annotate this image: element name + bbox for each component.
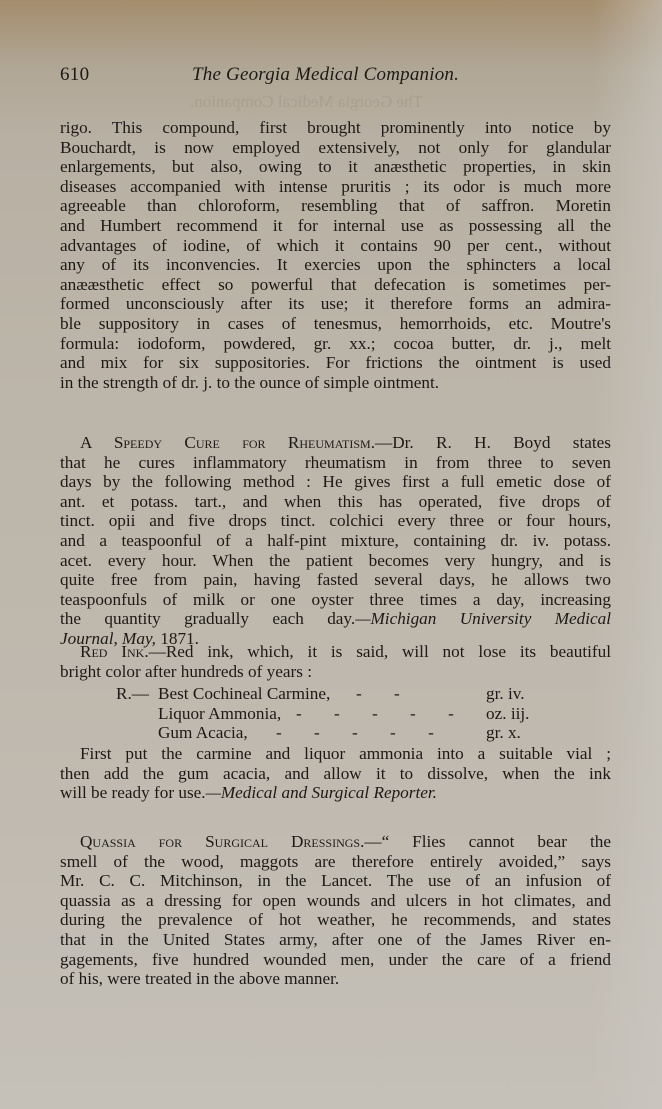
text-line: during the prevalence of hot weather, he…	[60, 910, 611, 930]
text-line: gagements, five hundred wounded men, und…	[60, 950, 611, 970]
recipe-list: R.— Best Cochineal Carmine, - - gr. iv. …	[60, 684, 611, 743]
paragraph-iodoform: rigo. This compound, first brought promi…	[60, 118, 611, 392]
page-number: 610	[60, 64, 89, 86]
recipe-ingredient: Best Cochineal Carmine,	[158, 684, 330, 704]
section-heading-red-ink: Red Ink.	[80, 642, 149, 661]
running-title: The Georgia Medical Companion.	[192, 64, 459, 86]
text-line: ant. et potass. tart., and when this has…	[60, 492, 611, 512]
recipe-prefix: R.—	[116, 684, 149, 704]
citation: —Medical and Surgical Reporter.	[206, 783, 437, 802]
text-line: Bouchardt, is now employed extensively, …	[60, 138, 611, 158]
text-line: in the strength of dr. j. to the ounce o…	[60, 373, 611, 393]
recipe-quantity: gr. x.	[486, 723, 521, 743]
recipe-leader: - - - - -	[296, 704, 466, 724]
text-line: Red Ink.—Red ink, which, it is said, wil…	[60, 642, 611, 662]
section-heading-quassia: Quassia for Surgical Dressings.	[80, 832, 364, 851]
recipe-quantity: oz. iij.	[486, 704, 529, 724]
text-line: First put the carmine and liquor ammonia…	[60, 744, 611, 764]
text-line: that in the United States army, after on…	[60, 930, 611, 950]
text-fragment: the quantity gradually each day.	[60, 609, 355, 628]
text-line: days by the following method : He gives …	[60, 472, 611, 492]
text-line: tinct. opii and five drops tinct. colchi…	[60, 511, 611, 531]
text-line: A Speedy Cure for Rheumatism.—Dr. R. H. …	[60, 433, 611, 453]
text-line: enlargements, but also, owing to it anæs…	[60, 157, 611, 177]
text-line: smell of the wood, maggots are therefore…	[60, 852, 611, 872]
recipe-row: Gum Acacia, - - - - - gr. x.	[60, 723, 611, 743]
text-line: and Humbert recommend it for internal us…	[60, 216, 611, 236]
recipe-ingredient: Gum Acacia,	[158, 723, 248, 743]
text-line: diseases accompanied with intense prurit…	[60, 177, 611, 197]
text-line: anææsthetic effect so powerful that defe…	[60, 275, 611, 295]
text-line: then add the gum acacia, and allow it to…	[60, 764, 611, 784]
paragraph-rheumatism: A Speedy Cure for Rheumatism.—Dr. R. H. …	[60, 433, 611, 649]
text-fragment: —“ Flies cannot bear the	[364, 832, 611, 851]
text-line: formed unconsciously after its use; it t…	[60, 294, 611, 314]
paragraph-red-ink: Red Ink.—Red ink, which, it is said, wil…	[60, 642, 611, 681]
section-heading-rheumatism: A Speedy Cure for Rheumatism.	[80, 433, 375, 452]
text-fragment: will be ready for use.	[60, 783, 206, 802]
text-line: formula: iodoform, powdered, gr. xx.; co…	[60, 334, 611, 354]
running-head: 610 The Georgia Medical Companion.	[60, 64, 620, 88]
text-line: ble suppository in cases of tenesmus, he…	[60, 314, 611, 334]
citation: —Michigan University Medical	[355, 609, 611, 628]
text-line: Mr. C. C. Mitchinson, in the Lancet. The…	[60, 871, 611, 891]
text-line: and a teaspoonful of a half-pint mixture…	[60, 531, 611, 551]
recipe-ingredient: Liquor Ammonia,	[158, 704, 281, 724]
text-line: advantages of iodine, of which it contai…	[60, 236, 611, 256]
text-fragment: —Dr. R. H. Boyd states	[375, 433, 611, 452]
text-line: agreeable than chloroform, resembling th…	[60, 196, 611, 216]
text-line: acet. every hour. When the patient becom…	[60, 551, 611, 571]
text-line: bright color after hundreds of years :	[60, 662, 611, 682]
text-line: quite free from pain, having fasted seve…	[60, 570, 611, 590]
text-line: will be ready for use.—Medical and Surgi…	[60, 783, 611, 803]
text-line: of his, were treated in the above manner…	[60, 969, 611, 989]
text-line: rigo. This compound, first brought promi…	[60, 118, 611, 138]
show-through-text: The Georgia Medical Companion.	[190, 92, 423, 112]
text-line: Quassia for Surgical Dressings.—“ Flies …	[60, 832, 611, 852]
text-line: the quantity gradually each day.—Michiga…	[60, 609, 611, 629]
text-line: any of its inconvencies. It exercies upo…	[60, 255, 611, 275]
text-line: and mix for six suppositories. For frict…	[60, 353, 611, 373]
paragraph-quassia: Quassia for Surgical Dressings.—“ Flies …	[60, 832, 611, 989]
recipe-leader: - - - - -	[276, 723, 446, 743]
text-fragment: —Red ink, which, it is said, will not lo…	[149, 642, 611, 661]
recipe-row: R.— Best Cochineal Carmine, - - gr. iv.	[60, 684, 611, 704]
paragraph-red-ink-directions: First put the carmine and liquor ammonia…	[60, 744, 611, 803]
recipe-row: Liquor Ammonia, - - - - - oz. iij.	[60, 704, 611, 724]
text-line: that he cures inflammatory rheumatism in…	[60, 453, 611, 473]
text-line: teaspoonfuls of milk or one oyster three…	[60, 590, 611, 610]
text-line: quassia as a dressing for open wounds an…	[60, 891, 611, 911]
recipe-quantity: gr. iv.	[486, 684, 525, 704]
